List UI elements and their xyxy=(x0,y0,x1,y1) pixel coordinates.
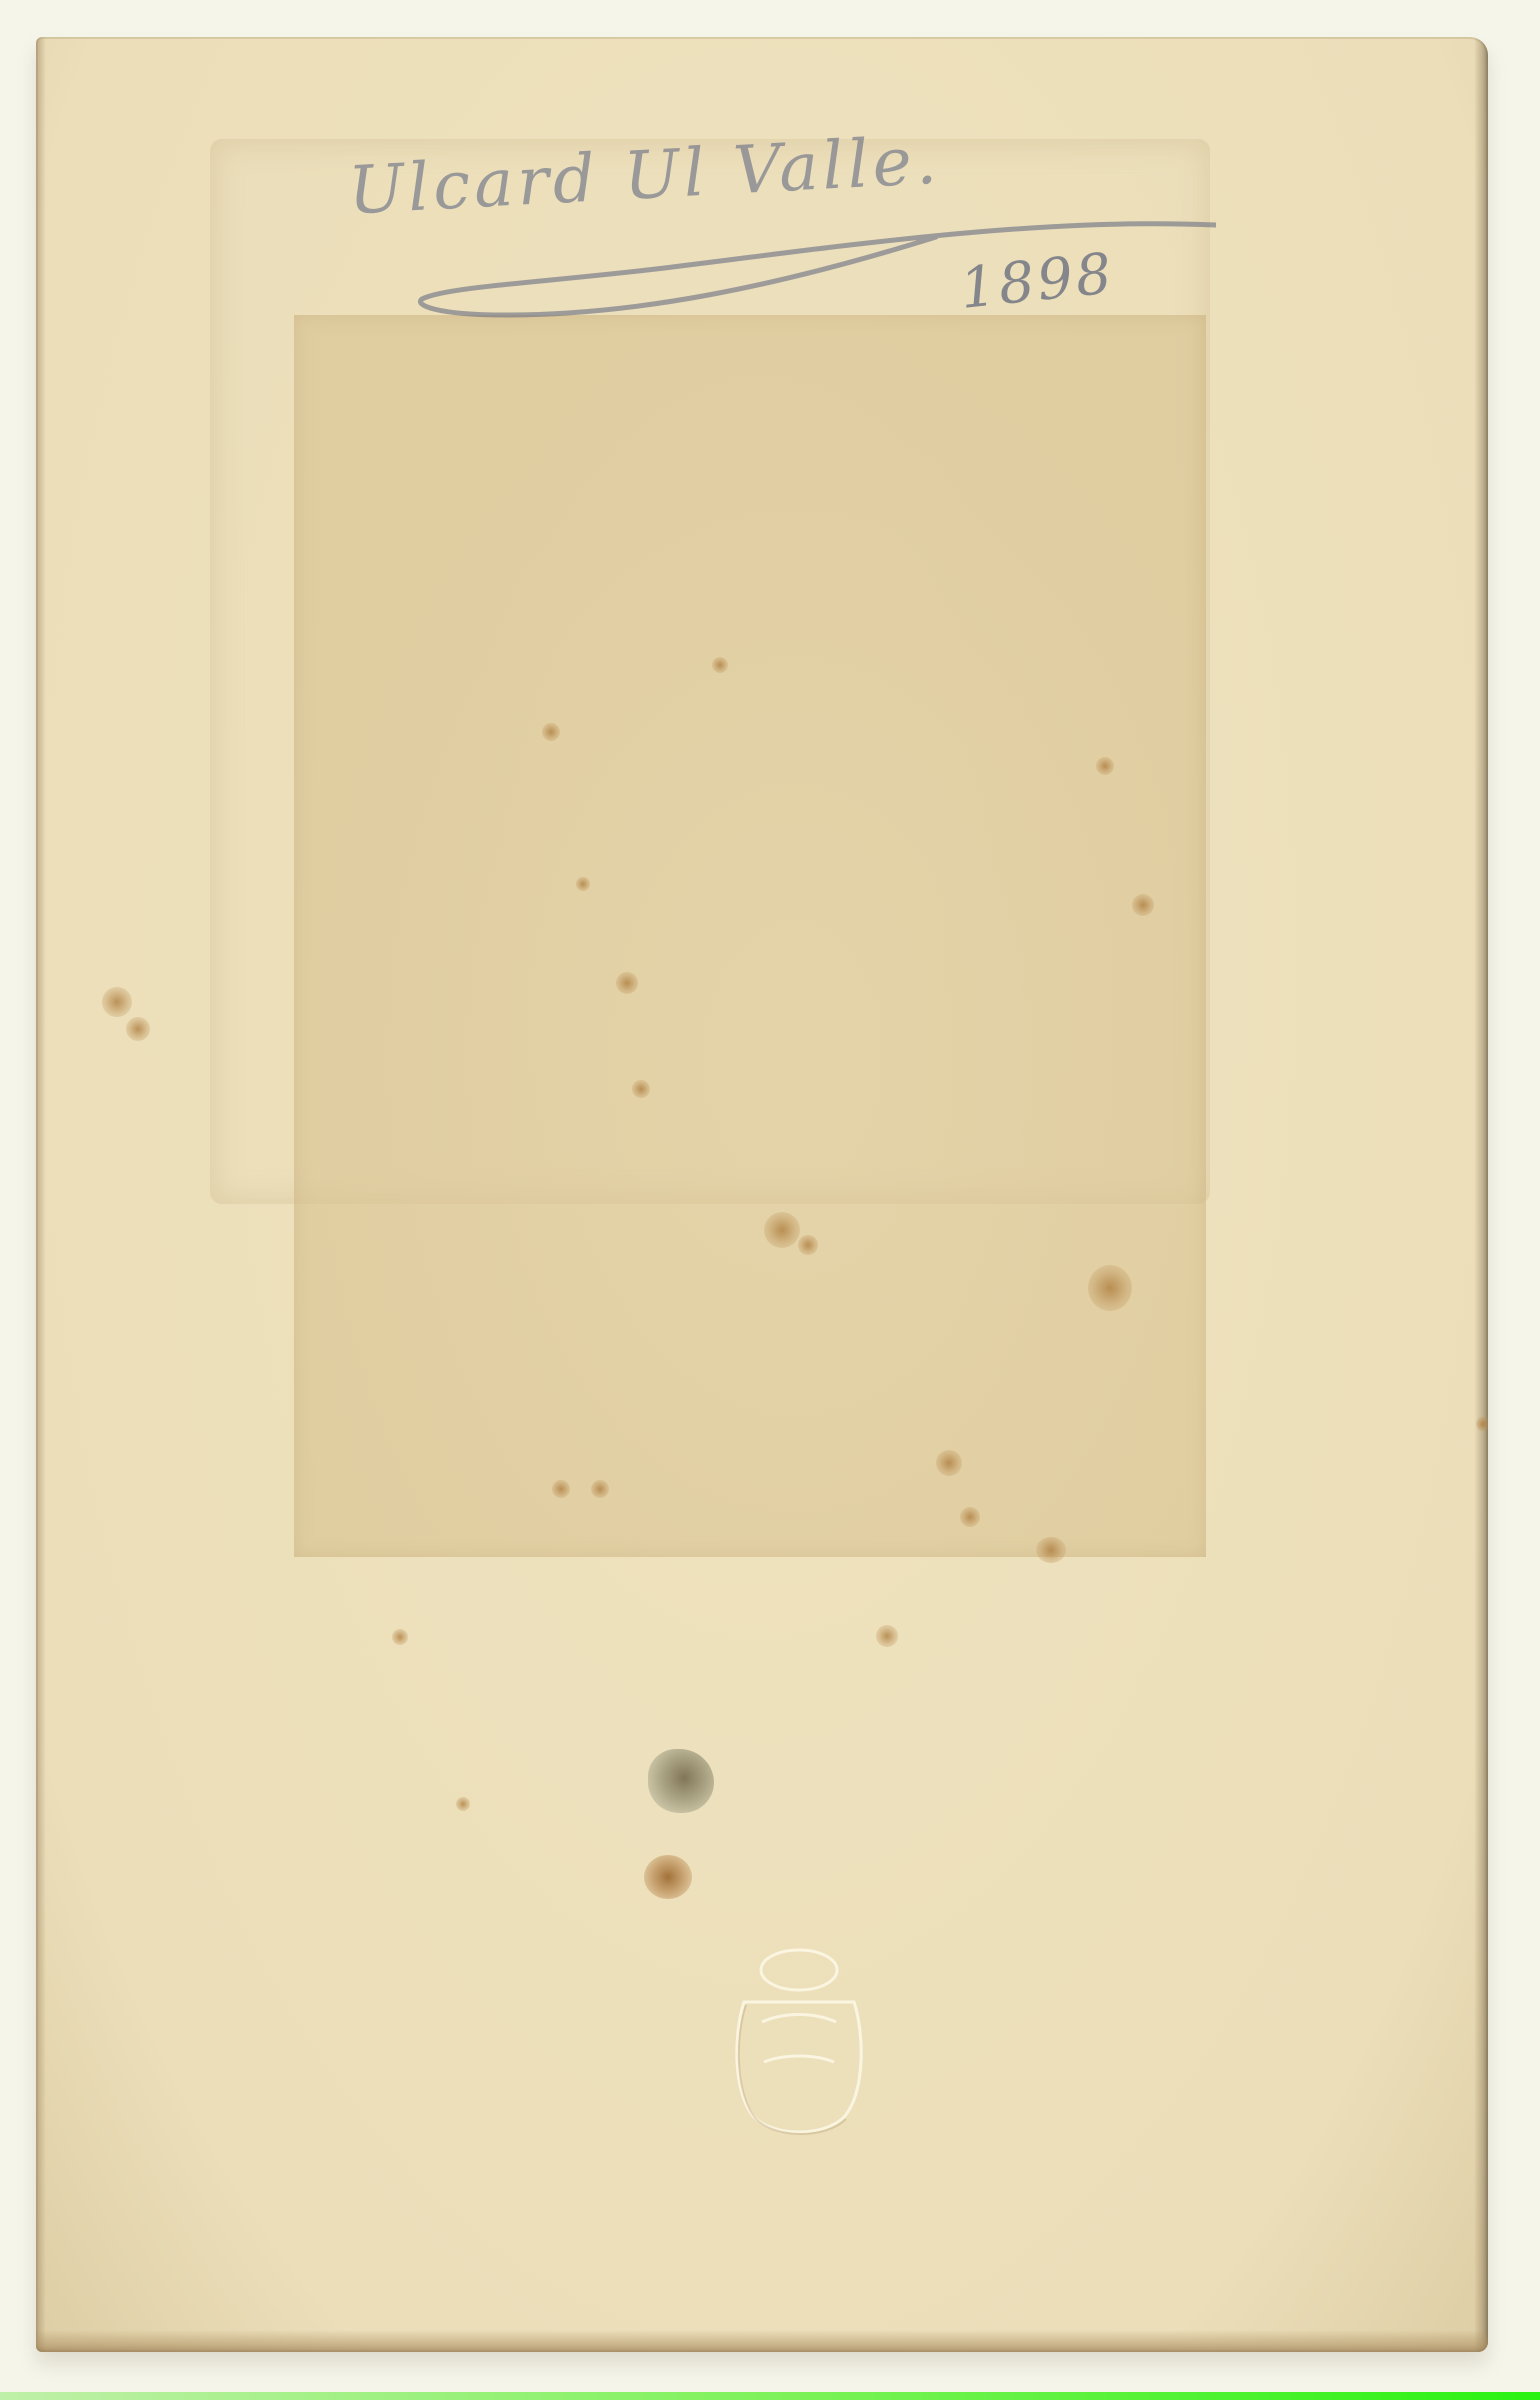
brown-stain xyxy=(644,1855,692,1899)
foxing-spot xyxy=(632,1080,650,1098)
foxing-spot xyxy=(542,723,560,741)
foxing-spot xyxy=(960,1507,980,1527)
foxing-spot xyxy=(1036,1537,1066,1563)
scan-canvas: Ulcard Ul Valle. 1898 xyxy=(0,0,1540,2400)
sheet-edge-bottom xyxy=(36,2330,1488,2352)
foxing-spot xyxy=(552,1480,570,1498)
embossed-crest-icon xyxy=(714,1942,884,2142)
foxing-spot xyxy=(1476,1417,1488,1431)
foxing-spot xyxy=(1132,894,1154,916)
foxing-spot xyxy=(591,1480,609,1498)
bleed-through-image-area xyxy=(294,315,1206,1557)
foxing-spot xyxy=(392,1629,408,1645)
foxing-spot xyxy=(102,987,132,1017)
foxing-spot xyxy=(456,1797,470,1811)
foxing-spot xyxy=(798,1235,818,1255)
grey-water-stain xyxy=(648,1749,714,1813)
bottom-color-bar xyxy=(0,2392,1540,2400)
foxing-spot xyxy=(616,972,638,994)
foxing-spot xyxy=(712,657,728,673)
foxing-spot xyxy=(764,1212,800,1248)
sheet-edge-right xyxy=(1474,37,1488,2352)
foxing-spot xyxy=(876,1625,898,1647)
sheet-edge-left xyxy=(36,37,46,2352)
foxing-spot xyxy=(1088,1265,1132,1311)
foxing-spot xyxy=(1096,757,1114,775)
paper-sheet: Ulcard Ul Valle. 1898 xyxy=(36,37,1488,2352)
foxing-spot xyxy=(126,1017,150,1041)
foxing-spot xyxy=(936,1450,962,1476)
foxing-spot xyxy=(576,877,590,891)
